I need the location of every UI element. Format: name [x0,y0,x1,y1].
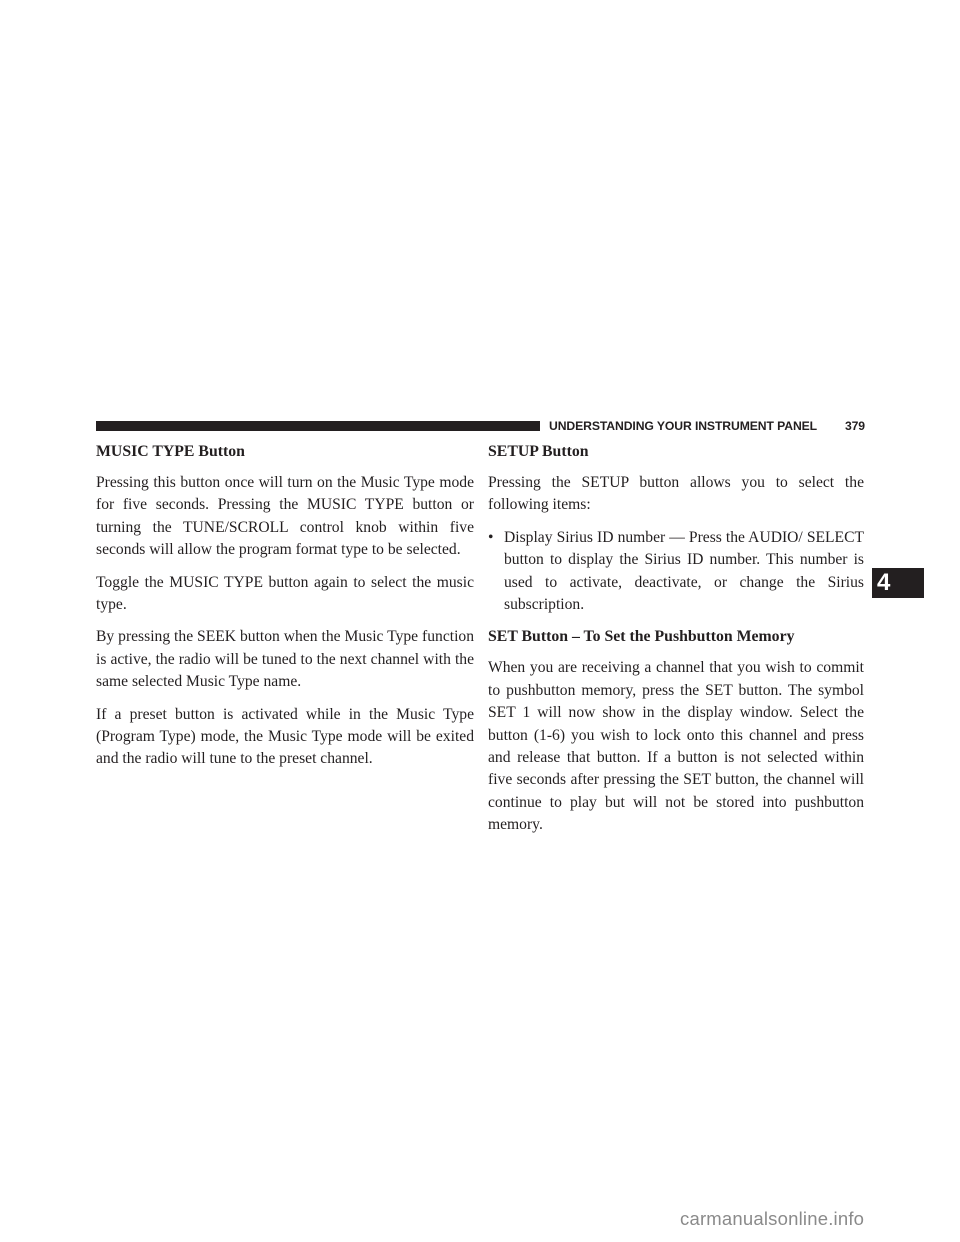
list-item: • Display Sirius ID number — Press the A… [488,527,864,617]
watermark: carmanualsonline.info [680,1208,864,1230]
section-title-music-type: MUSIC TYPE Button [96,441,474,463]
page-number: 379 [845,418,865,434]
paragraph: Toggle the MUSIC TYPE button again to se… [96,572,474,617]
running-head-title: UNDERSTANDING YOUR INSTRUMENT PANEL [549,418,817,434]
left-column: MUSIC TYPE Button Pressing this button o… [96,441,474,781]
list-item-text: Display Sirius ID number — Press the AUD… [504,529,864,613]
chapter-number: 4 [877,569,890,596]
paragraph: If a preset button is activated while in… [96,704,474,771]
paragraph: By pressing the SEEK button when the Mus… [96,626,474,693]
section-title-setup: SETUP Button [488,441,864,463]
right-column: SETUP Button Pressing the SETUP button a… [488,441,864,847]
chapter-tab: 4 [872,568,924,598]
setup-intro: Pressing the SETUP button allows you to … [488,472,864,517]
paragraph: Pressing this button once will turn on t… [96,472,474,562]
setup-options-list: • Display Sirius ID number — Press the A… [488,527,864,617]
running-head: UNDERSTANDING YOUR INSTRUMENT PANEL 379 [549,418,865,434]
header-rule-bar [96,421,540,431]
section-title-set-button: SET Button – To Set the Pushbutton Memor… [488,626,864,648]
paragraph: When you are receiving a channel that yo… [488,657,864,836]
bullet-icon: • [488,527,493,549]
